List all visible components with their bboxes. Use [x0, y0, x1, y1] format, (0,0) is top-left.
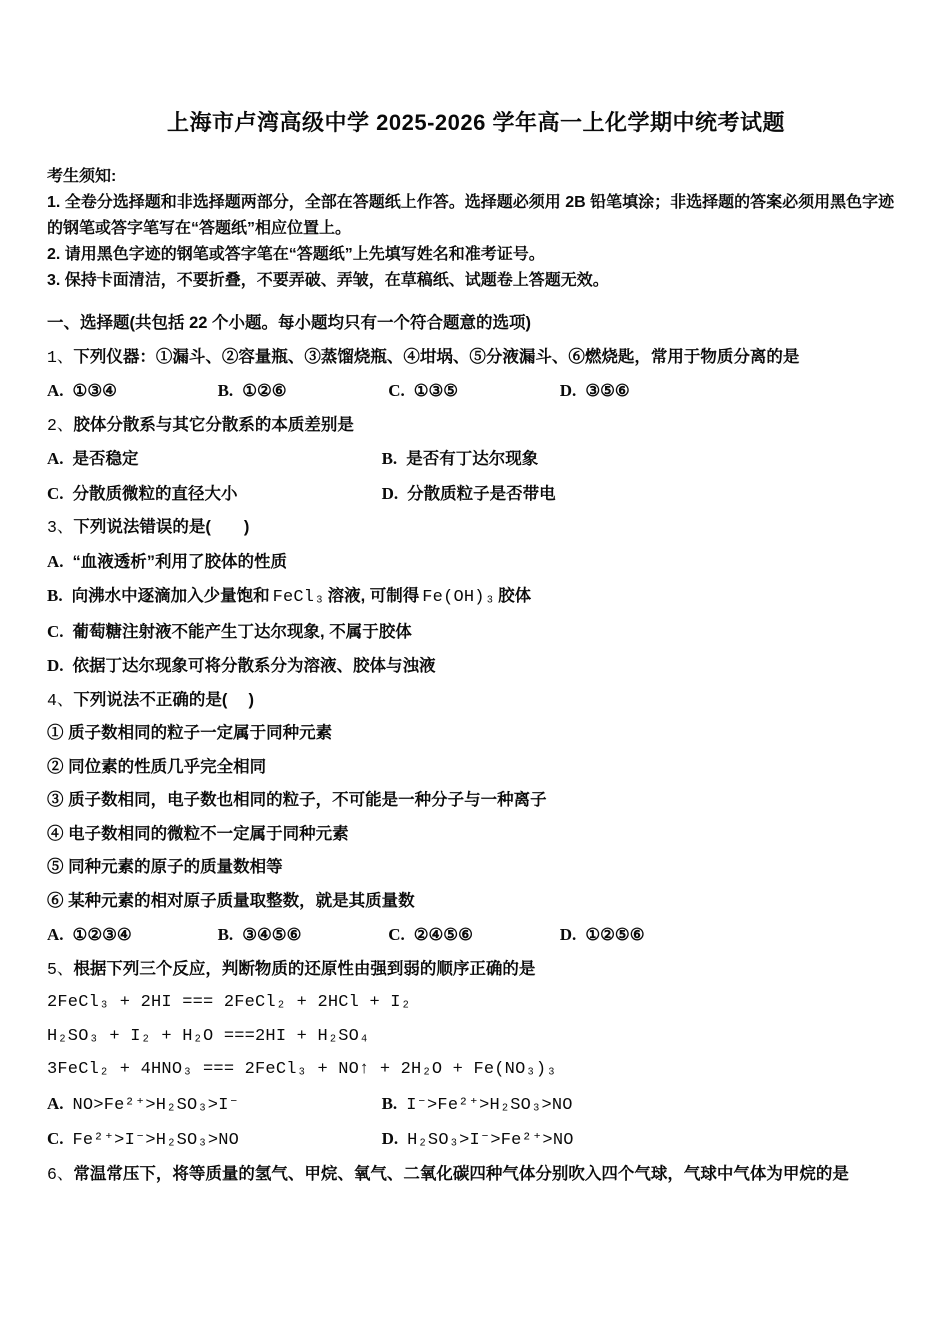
option-text: Fe²⁺>I⁻>H₂SO₃>NO: [73, 1131, 240, 1150]
option-text: ②④⑤⑥: [414, 926, 473, 944]
option-c: C.分散质微粒的直径大小: [47, 477, 377, 512]
option-text: ①③④: [73, 382, 117, 400]
option-label: C.: [47, 1129, 64, 1148]
option-row: A.NO>Fe²⁺>H₂SO₃>I⁻ B.I⁻>Fe²⁺>H₂SO₃>NO: [47, 1087, 905, 1123]
option-label: C.: [47, 484, 64, 503]
option-row: A.①③④ B.①②⑥ C.①③⑤ D.③⑤⑥: [47, 374, 905, 409]
option-d: D.依据丁达尔现象可将分散系分为溶液、胶体与浊液: [47, 649, 905, 684]
option-d: D.①②⑤⑥: [560, 918, 726, 953]
question-stem: 5、根据下列三个反应，判断物质的还原性由强到弱的顺序正确的是: [47, 953, 905, 987]
option-label: B.: [382, 449, 398, 468]
question-1: 1、下列仪器：①漏斗、②容量瓶、③蒸馏烧瓶、④坩埚、⑤分液漏斗、⑥燃烧匙，常用于…: [47, 341, 905, 409]
question-number: 3、: [47, 518, 73, 537]
page-title: 上海市卢湾高级中学 2025-2026 学年高一上化学期中统考试题: [47, 106, 905, 140]
option-text: ③⑤⑥: [585, 382, 629, 400]
question-stem: 4、下列说法不正确的是( ): [47, 684, 905, 718]
option-text: 溶液, 可制得: [328, 587, 420, 605]
option-text: ①③⑤: [414, 382, 458, 400]
option-label: A.: [47, 552, 64, 571]
equation-2: H₂SO₃ + I₂ + H₂O ===2HI + H₂SO₄: [47, 1020, 905, 1054]
option-a: A.是否稳定: [47, 442, 377, 477]
option-c: C.Fe²⁺>I⁻>H₂SO₃>NO: [47, 1122, 377, 1158]
question-2: 2、胶体分散系与其它分散系的本质差别是 A.是否稳定 B.是否有丁达尔现象 C.…: [47, 409, 905, 512]
option-b: B.①②⑥: [218, 374, 384, 409]
option-label: D.: [47, 656, 64, 675]
question-stem: 1、下列仪器：①漏斗、②容量瓶、③蒸馏烧瓶、④坩埚、⑤分液漏斗、⑥燃烧匙，常用于…: [47, 341, 905, 375]
option-label: B.: [382, 1094, 398, 1113]
option-text: 是否稳定: [73, 450, 139, 468]
option-text: NO>Fe²⁺>H₂SO₃>I⁻: [73, 1096, 240, 1115]
candidate-notice: 考生须知: 1. 全卷分选择题和非选择题两部分，全部在答题纸上作答。选择题必须用…: [47, 164, 905, 294]
section-heading: 一、选择题(共包括 22 个小题。每小题均只有一个符合题意的选项): [47, 307, 905, 341]
option-c: C.②④⑤⑥: [388, 918, 555, 953]
option-label: A.: [47, 449, 64, 468]
question-number: 2、: [47, 416, 73, 435]
option-row: A.①②③④ B.③④⑤⑥ C.②④⑤⑥ D.①②⑤⑥: [47, 918, 905, 953]
option-text: “血液透析”利用了胶体的性质: [73, 553, 288, 571]
option-a: A.“血液透析”利用了胶体的性质: [47, 545, 905, 580]
option-label: B.: [218, 381, 234, 400]
option-b: B.向沸水中逐滴加入少量饱和FeCl₃溶液, 可制得Fe(OH)₃胶体: [47, 579, 905, 615]
equation-3: 3FeCl₂ + 4HNO₃ === 2FeCl₃ + NO↑ + 2H₂O +…: [47, 1053, 905, 1087]
question-stem: 6、常温常压下，将等质量的氢气、甲烷、氧气、二氧化碳四种气体分别吹入四个气球，气…: [47, 1158, 905, 1192]
option-a: A.①②③④: [47, 918, 213, 953]
exam-page: 上海市卢湾高级中学 2025-2026 学年高一上化学期中统考试题 考生须知: …: [0, 0, 950, 1191]
question-6: 6、常温常压下，将等质量的氢气、甲烷、氧气、二氧化碳四种气体分别吹入四个气球，气…: [47, 1158, 905, 1192]
question-3: 3、下列说法错误的是( ) A.“血液透析”利用了胶体的性质 B.向沸水中逐滴加…: [47, 511, 905, 684]
question-stem: 3、下列说法错误的是( ): [47, 511, 905, 545]
statement-1: ① 质子数相同的粒子一定属于同种元素: [47, 717, 905, 751]
option-text: H₂SO₃>I⁻>Fe²⁺>NO: [407, 1131, 574, 1150]
option-label: C.: [388, 381, 405, 400]
option-label: B.: [218, 925, 234, 944]
option-text: ①②⑤⑥: [585, 926, 644, 944]
option-text: 葡萄糖注射液不能产生丁达尔现象, 不属于胶体: [73, 623, 412, 641]
question-list: 一、选择题(共包括 22 个小题。每小题均只有一个符合题意的选项) 1、下列仪器…: [47, 307, 905, 1191]
question-stem: 2、胶体分散系与其它分散系的本质差别是: [47, 409, 905, 443]
statement-4: ④ 电子数相同的微粒不一定属于同种元素: [47, 818, 905, 852]
option-text: ①②⑥: [242, 382, 286, 400]
option-label: D.: [560, 925, 577, 944]
option-a: A.NO>Fe²⁺>H₂SO₃>I⁻: [47, 1087, 377, 1123]
option-b: B.③④⑤⑥: [218, 918, 384, 953]
question-number: 6、: [47, 1165, 73, 1184]
option-b: B.I⁻>Fe²⁺>H₂SO₃>NO: [382, 1087, 712, 1123]
statement-2: ② 同位素的性质几乎完全相同: [47, 751, 905, 785]
equation-1: 2FeCl₃ + 2HI === 2FeCl₂ + 2HCl + I₂: [47, 986, 905, 1020]
option-text: 向沸水中逐滴加入少量饱和: [72, 587, 270, 605]
option-c: C.①③⑤: [388, 374, 555, 409]
option-label: C.: [388, 925, 405, 944]
option-row: C.Fe²⁺>I⁻>H₂SO₃>NO D.H₂SO₃>I⁻>Fe²⁺>NO: [47, 1122, 905, 1158]
option-text: ①②③④: [73, 926, 132, 944]
option-label: A.: [47, 381, 64, 400]
option-text: 分散质粒子是否带电: [407, 485, 556, 503]
option-text: 分散质微粒的直径大小: [73, 485, 238, 503]
option-d: D.分散质粒子是否带电: [382, 477, 712, 512]
notice-item-2: 2. 请用黑色字迹的钢笔或答字笔在“答题纸”上先填写姓名和准考证号。: [47, 242, 905, 268]
option-text: 胶体: [498, 587, 531, 605]
option-label: D.: [382, 1129, 399, 1148]
question-number: 1、: [47, 348, 73, 367]
option-b: B.是否有丁达尔现象: [382, 442, 712, 477]
notice-heading: 考生须知:: [47, 164, 905, 190]
option-text: 依据丁达尔现象可将分散系分为溶液、胶体与浊液: [73, 657, 436, 675]
option-label: A.: [47, 1094, 64, 1113]
option-label: D.: [560, 381, 577, 400]
option-text: 是否有丁达尔现象: [406, 450, 538, 468]
option-row: A.是否稳定 B.是否有丁达尔现象: [47, 442, 905, 477]
option-row: C.分散质微粒的直径大小 D.分散质粒子是否带电: [47, 477, 905, 512]
statement-6: ⑥ 某种元素的相对原子质量取整数，就是其质量数: [47, 885, 905, 919]
statement-3: ③ 质子数相同，电子数也相同的粒子，不可能是一种分子与一种离子: [47, 784, 905, 818]
formula-fecl3: FeCl₃: [273, 588, 325, 607]
question-4: 4、下列说法不正确的是( ) ① 质子数相同的粒子一定属于同种元素 ② 同位素的…: [47, 684, 905, 953]
option-text: ③④⑤⑥: [242, 926, 301, 944]
question-5: 5、根据下列三个反应，判断物质的还原性由强到弱的顺序正确的是 2FeCl₃ + …: [47, 953, 905, 1158]
option-a: A.①③④: [47, 374, 213, 409]
option-label: D.: [382, 484, 399, 503]
option-c: C.葡萄糖注射液不能产生丁达尔现象, 不属于胶体: [47, 615, 905, 650]
option-d: D.③⑤⑥: [560, 374, 726, 409]
formula-feoh3: Fe(OH)₃: [422, 588, 495, 607]
option-label: C.: [47, 622, 64, 641]
notice-item-3: 3. 保持卡面清洁，不要折叠，不要弄破、弄皱，在草稿纸、试题卷上答题无效。: [47, 268, 905, 294]
notice-item-1: 1. 全卷分选择题和非选择题两部分，全部在答题纸上作答。选择题必须用 2B 铅笔…: [47, 190, 905, 242]
question-number: 5、: [47, 960, 73, 979]
option-label: B.: [47, 586, 63, 605]
option-label: A.: [47, 925, 64, 944]
option-d: D.H₂SO₃>I⁻>Fe²⁺>NO: [382, 1122, 712, 1158]
option-text: I⁻>Fe²⁺>H₂SO₃>NO: [406, 1096, 573, 1115]
statement-5: ⑤ 同种元素的原子的质量数相等: [47, 851, 905, 885]
question-number: 4、: [47, 691, 73, 710]
